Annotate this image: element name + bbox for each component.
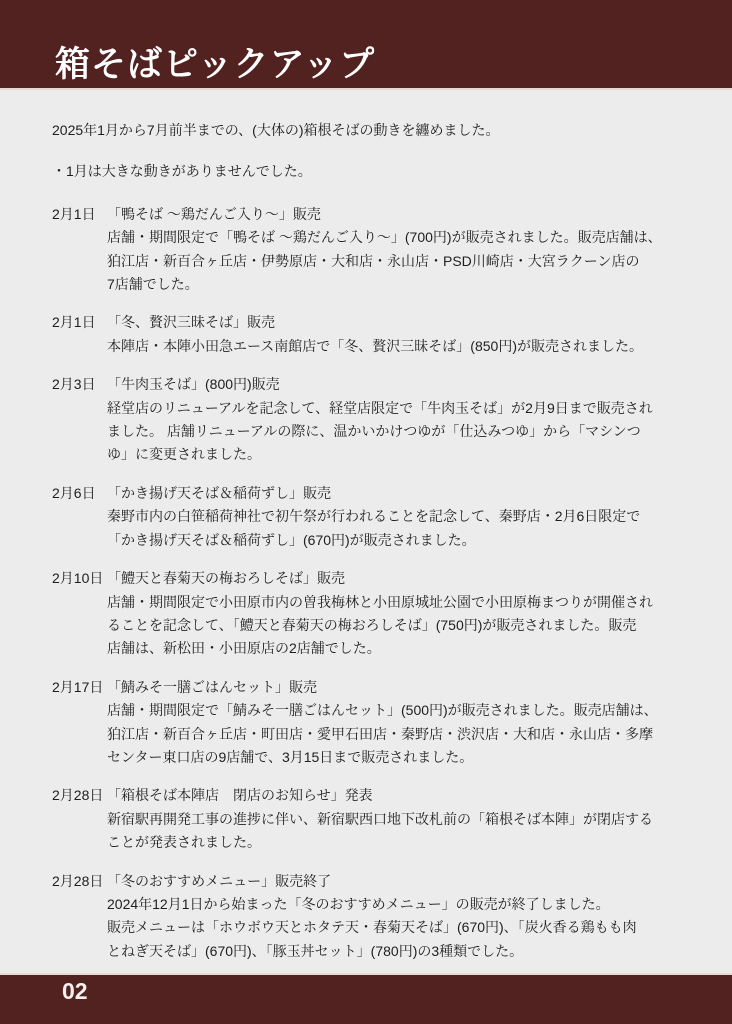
entry-title: 「冬のおすすめメニュー」販売終了 xyxy=(107,870,687,893)
news-entry: 2月1日 「鴨そば ～鶏だんご入り～」販売 店舗・期間限定で「鴨そば ～鶏だんご… xyxy=(52,203,687,297)
entry-date: 2月6日 xyxy=(52,482,107,552)
entry-body: 本陣店・本陣小田急エース南館店で「冬、贅沢三昧そば」(850円)が販売されました… xyxy=(107,335,687,358)
intro-summary: 2025年1月から7月前半までの、(大体の)箱根そばの動きを纏めました。 xyxy=(52,119,687,142)
page-header: 箱そばピックアップ xyxy=(0,0,732,90)
intro-note: ・1月は大きな動きがありませんでした。 xyxy=(52,160,687,183)
page-footer: 02 xyxy=(0,973,732,1024)
entry-body: 2024年12月1日から始まった「冬のおすすめメニュー」の販売が終了しました。 … xyxy=(107,893,687,963)
entry-date: 2月10日 xyxy=(52,567,107,661)
news-entry: 2月1日 「冬、贅沢三昧そば」販売 本陣店・本陣小田急エース南館店で「冬、贅沢三… xyxy=(52,311,687,358)
news-entry: 2月10日 「鱧天と春菊天の梅おろしそば」販売 店舗・期間限定で小田原市内の曽我… xyxy=(52,567,687,661)
entry-date: 2月17日 xyxy=(52,676,107,770)
content: 2025年1月から7月前半までの、(大体の)箱根そばの動きを纏めました。 ・1月… xyxy=(0,90,732,973)
entry-content: 「冬のおすすめメニュー」販売終了 2024年12月1日から始まった「冬のおすすめ… xyxy=(107,870,687,964)
page-title: 箱そばピックアップ xyxy=(55,43,375,87)
entry-title: 「牛肉玉そば」(800円)販売 xyxy=(107,373,687,396)
entry-content: 「箱根そば本陣店 閉店のお知らせ」発表 新宿駅再開発工事の進捗に伴い、新宿駅西口… xyxy=(107,784,687,854)
entry-date: 2月1日 xyxy=(52,203,107,297)
entry-date: 2月1日 xyxy=(52,311,107,358)
entry-content: 「鴨そば ～鶏だんご入り～」販売 店舗・期間限定で「鴨そば ～鶏だんご入り～」(… xyxy=(107,203,687,297)
entry-title: 「冬、贅沢三昧そば」販売 xyxy=(107,311,687,334)
entry-date: 2月28日 xyxy=(52,784,107,854)
news-entry: 2月17日 「鯖みそ一膳ごはんセット」販売 店舗・期間限定で「鯖みそ一膳ごはんセ… xyxy=(52,676,687,770)
entry-title: 「箱根そば本陣店 閉店のお知らせ」発表 xyxy=(107,784,687,807)
entry-date: 2月28日 xyxy=(52,870,107,964)
document-page: 箱そばピックアップ 2025年1月から7月前半までの、(大体の)箱根そばの動きを… xyxy=(0,0,732,1024)
entry-title: 「かき揚げ天そば＆稲荷ずし」販売 xyxy=(107,482,687,505)
entry-content: 「牛肉玉そば」(800円)販売 経堂店のリニューアルを記念して、経堂店限定で「牛… xyxy=(107,373,687,467)
news-entry: 2月28日 「冬のおすすめメニュー」販売終了 2024年12月1日から始まった「… xyxy=(52,870,687,964)
entry-content: 「鱧天と春菊天の梅おろしそば」販売 店舗・期間限定で小田原市内の曽我梅林と小田原… xyxy=(107,567,687,661)
entry-body: 店舗・期間限定で小田原市内の曽我梅林と小田原城址公園で小田原梅まつりが開催され … xyxy=(107,591,687,661)
news-entry: 2月3日 「牛肉玉そば」(800円)販売 経堂店のリニューアルを記念して、経堂店… xyxy=(52,373,687,467)
entry-title: 「鱧天と春菊天の梅おろしそば」販売 xyxy=(107,567,687,590)
entry-body: 新宿駅再開発工事の進捗に伴い、新宿駅西口地下改札前の「箱根そば本陣」が閉店する … xyxy=(107,808,687,855)
entry-body: 店舗・期間限定で「鴨そば ～鶏だんご入り～」(700円)が販売されました。販売店… xyxy=(107,226,687,296)
entry-title: 「鯖みそ一膳ごはんセット」販売 xyxy=(107,676,687,699)
entry-body: 経堂店のリニューアルを記念して、経堂店限定で「牛肉玉そば」が2月9日まで販売され… xyxy=(107,397,687,467)
entry-date: 2月3日 xyxy=(52,373,107,467)
entry-body: 店舗・期間限定で「鯖みそ一膳ごはんセット」(500円)が販売されました。販売店舗… xyxy=(107,699,687,769)
entry-body: 秦野市内の白笹稲荷神社で初午祭が行われることを記念して、秦野店・2月6日限定で … xyxy=(107,505,687,552)
entry-title: 「鴨そば ～鶏だんご入り～」販売 xyxy=(107,203,687,226)
entry-content: 「かき揚げ天そば＆稲荷ずし」販売 秦野市内の白笹稲荷神社で初午祭が行われることを… xyxy=(107,482,687,552)
news-entry: 2月6日 「かき揚げ天そば＆稲荷ずし」販売 秦野市内の白笹稲荷神社で初午祭が行わ… xyxy=(52,482,687,552)
entry-content: 「鯖みそ一膳ごはんセット」販売 店舗・期間限定で「鯖みそ一膳ごはんセット」(50… xyxy=(107,676,687,770)
page-number: 02 xyxy=(62,979,88,1004)
entry-content: 「冬、贅沢三昧そば」販売 本陣店・本陣小田急エース南館店で「冬、贅沢三昧そば」(… xyxy=(107,311,687,358)
news-entry: 2月28日 「箱根そば本陣店 閉店のお知らせ」発表 新宿駅再開発工事の進捗に伴い… xyxy=(52,784,687,854)
